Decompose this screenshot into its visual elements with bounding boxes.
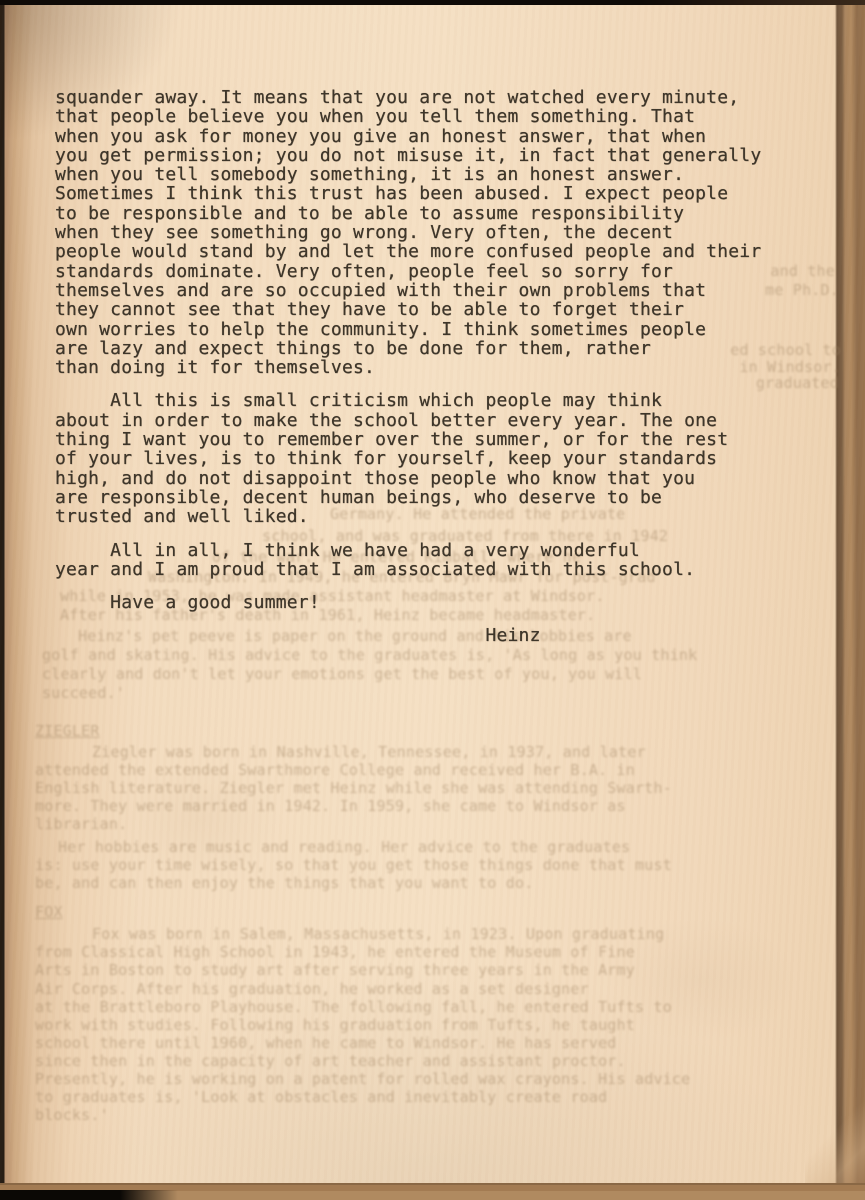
letter-line: squander away. It means that you are not… xyxy=(55,88,815,107)
letter-line: about in order to make the school better… xyxy=(55,411,815,430)
letter-line: they cannot see that they have to be abl… xyxy=(55,300,815,319)
book-edge-top xyxy=(0,0,865,5)
bleedthrough-line: more. They were married in 1942. In 1959… xyxy=(35,797,626,815)
letter-line: themselves and are so occupied with thei… xyxy=(55,281,815,300)
bleedthrough-line: succeed.' xyxy=(42,684,125,702)
bleedthrough-line: English literature. Ziegler met Heinz wh… xyxy=(35,779,672,797)
bleedthrough-line: clearly and don't let your emotions get … xyxy=(42,665,642,683)
bleedthrough-line: to graduates is, 'Look at obstacles and … xyxy=(35,1088,607,1106)
bleedthrough-line: Her hobbies are music and reading. Her a… xyxy=(58,838,630,856)
bleedthrough-line: golf and skating. His advice to the grad… xyxy=(42,646,697,664)
letter-line: thing I want you to remember over the su… xyxy=(55,430,815,449)
letter-line: trusted and well liked. xyxy=(55,507,815,526)
letter-line: that people believe you when you tell th… xyxy=(55,107,815,126)
letter-line xyxy=(55,612,815,626)
letter-line: when you tell somebody something, it is … xyxy=(55,165,815,184)
bleedthrough-line: FOX xyxy=(35,903,63,921)
bleedthrough-line: school there until 1960, when he came to… xyxy=(35,1034,617,1052)
scanned-letter-page: and theme Ph.D.ed school toin Windsor.gr… xyxy=(0,0,865,1200)
letter-line: of your lives, is to think for yourself,… xyxy=(55,449,815,468)
bleedthrough-line: from Classical High School in 1943, he e… xyxy=(35,943,635,961)
bleedthrough-line: Air Corps. After his graduation, he work… xyxy=(35,980,589,998)
bleedthrough-line: Presently, he is working on a patent for… xyxy=(35,1070,690,1088)
bleedthrough-line: librarian. xyxy=(35,815,127,833)
page-curl-bottom-right xyxy=(805,1095,865,1195)
letter-line: you get permission; you do not misuse it… xyxy=(55,146,815,165)
bleedthrough-line: blocks.' xyxy=(35,1106,109,1124)
letter-line xyxy=(55,377,815,391)
bleedthrough-line: attended the extended Swarthmore College… xyxy=(35,761,635,779)
letter-line: are responsible, decent human beings, wh… xyxy=(55,488,815,507)
letter-line xyxy=(55,527,815,541)
letter-line: people would stand by and let the more c… xyxy=(55,242,815,261)
letter-line: All in all, I think we have had a very w… xyxy=(55,541,815,560)
letter-line: than doing it for themselves. xyxy=(55,358,815,377)
letter-line: standards dominate. Very often, people f… xyxy=(55,262,815,281)
letter-line: to be responsible and to be able to assu… xyxy=(55,204,815,223)
letter-line: high, and do not disappoint those people… xyxy=(55,469,815,488)
letter-line: when they see something go wrong. Very o… xyxy=(55,223,815,242)
bleedthrough-line: Arts in Boston to study art after servin… xyxy=(35,961,635,979)
bleedthrough-line: ZIEGLER xyxy=(35,722,100,740)
letter-line: when you ask for money you give an hones… xyxy=(55,127,815,146)
book-edge-bottom-left xyxy=(0,1190,178,1200)
bleedthrough-line: work with studies. Following his graduat… xyxy=(35,1016,635,1034)
letter-line: own worries to help the community. I thi… xyxy=(55,320,815,339)
letter-line xyxy=(55,579,815,593)
letter-line: are lazy and expect things to be done fo… xyxy=(55,339,815,358)
letter-line: year and I am proud that I am associated… xyxy=(55,560,815,579)
letter-body: squander away. It means that you are not… xyxy=(55,88,815,646)
letter-line: Sometimes I think this trust has been ab… xyxy=(55,184,815,203)
bleedthrough-line: Fox was born in Salem, Massachusetts, in… xyxy=(92,925,664,943)
bleedthrough-line: Ziegler was born in Nashville, Tennessee… xyxy=(92,743,646,761)
bleedthrough-line: since then in the capacity of art teache… xyxy=(35,1052,626,1070)
bleedthrough-line: be, and can then enjoy the things that y… xyxy=(35,874,533,892)
letter-line: All this is small criticism which people… xyxy=(55,391,815,410)
signature-line: Heinz xyxy=(55,626,815,645)
letter-line: Have a good summer! xyxy=(55,593,815,612)
bleedthrough-line: is: use your time wisely, so that you ge… xyxy=(35,856,672,874)
bleedthrough-line: at the Brattleboro Playhouse. The follow… xyxy=(35,998,672,1016)
